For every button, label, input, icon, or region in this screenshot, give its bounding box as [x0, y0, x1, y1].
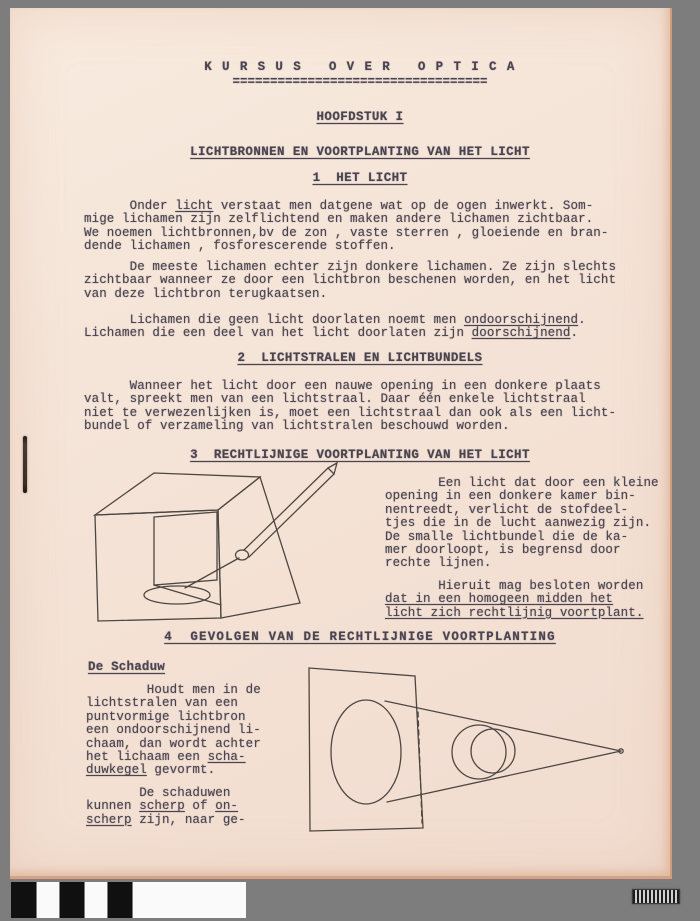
calibration-bar-white: [133, 882, 246, 918]
chapter-subtitle: LICHTBRONNEN EN VOORTPLANTING VAN HET LI…: [50, 145, 670, 159]
opaque-sphere-outline: [452, 725, 506, 779]
shadow-subheading: De Schaduw: [88, 660, 165, 674]
scanned-document-page: { "scan": { "background_color": "#7d7d7d…: [0, 0, 700, 921]
box-outline: [95, 473, 300, 621]
calibration-square-white: [85, 882, 107, 918]
light-spot-ellipse: [144, 586, 210, 604]
chapter-heading: HOOFDSTUK I: [50, 110, 670, 124]
beam-source-tip: [328, 463, 337, 474]
interior-beam-line: [185, 558, 239, 588]
calibration-square-black: [60, 882, 84, 918]
cone-lower-ray: [387, 751, 621, 802]
floor-edge: [154, 585, 221, 605]
shadow-ellipse: [331, 700, 401, 804]
title-underline-rule: ==================================: [50, 75, 670, 89]
dark-chamber-light-beam-figure: [85, 460, 355, 638]
cone-upper-ray: [385, 701, 621, 751]
staple-mark: [23, 436, 27, 493]
screen-plane: [309, 668, 423, 831]
calibration-square-white: [37, 882, 59, 918]
hatched-back-wall: [154, 512, 217, 585]
section4-paragraph1: Houdt men in de lichtstralen van een pun…: [86, 684, 261, 778]
shadow-cone-figure: [300, 655, 690, 870]
calibration-square-black: [11, 882, 36, 918]
hidden-edge-dashed-line: [418, 712, 422, 823]
section1-paragraph2: De meeste lichamen echter zijn donkere l…: [84, 261, 616, 301]
paper-sheet: K U R S U S O V E R O P T I C A ========…: [10, 8, 672, 879]
section4-paragraph2: De schaduwen kunnen scherp of on- scherp…: [86, 787, 246, 827]
calibration-square-black: [108, 882, 132, 918]
opaque-sphere-inner: [471, 729, 515, 773]
section1-paragraph3: Lichamen die geen licht doorlaten noemt …: [84, 314, 586, 341]
section4-heading: 4 GEVOLGEN VAN DE RECHTLIJNIGE VOORTPLAN…: [50, 630, 670, 644]
barcode-sticker: [632, 889, 680, 904]
section1-paragraph1: Onder licht verstaat men datgene wat op …: [84, 200, 608, 254]
course-title: K U R S U S O V E R O P T I C A: [50, 60, 670, 74]
section2-heading: 2 LICHTSTRALEN EN LICHTBUNDELS: [50, 351, 670, 365]
section3-paragraph2: Hieruit mag besloten worden dat in een h…: [385, 580, 643, 620]
section1-heading: 1 HET LICHT: [50, 171, 670, 185]
section2-paragraph1: Wanneer het licht door een nauwe opening…: [84, 380, 616, 434]
section3-paragraph1: Een licht dat door een kleine opening in…: [385, 477, 659, 571]
